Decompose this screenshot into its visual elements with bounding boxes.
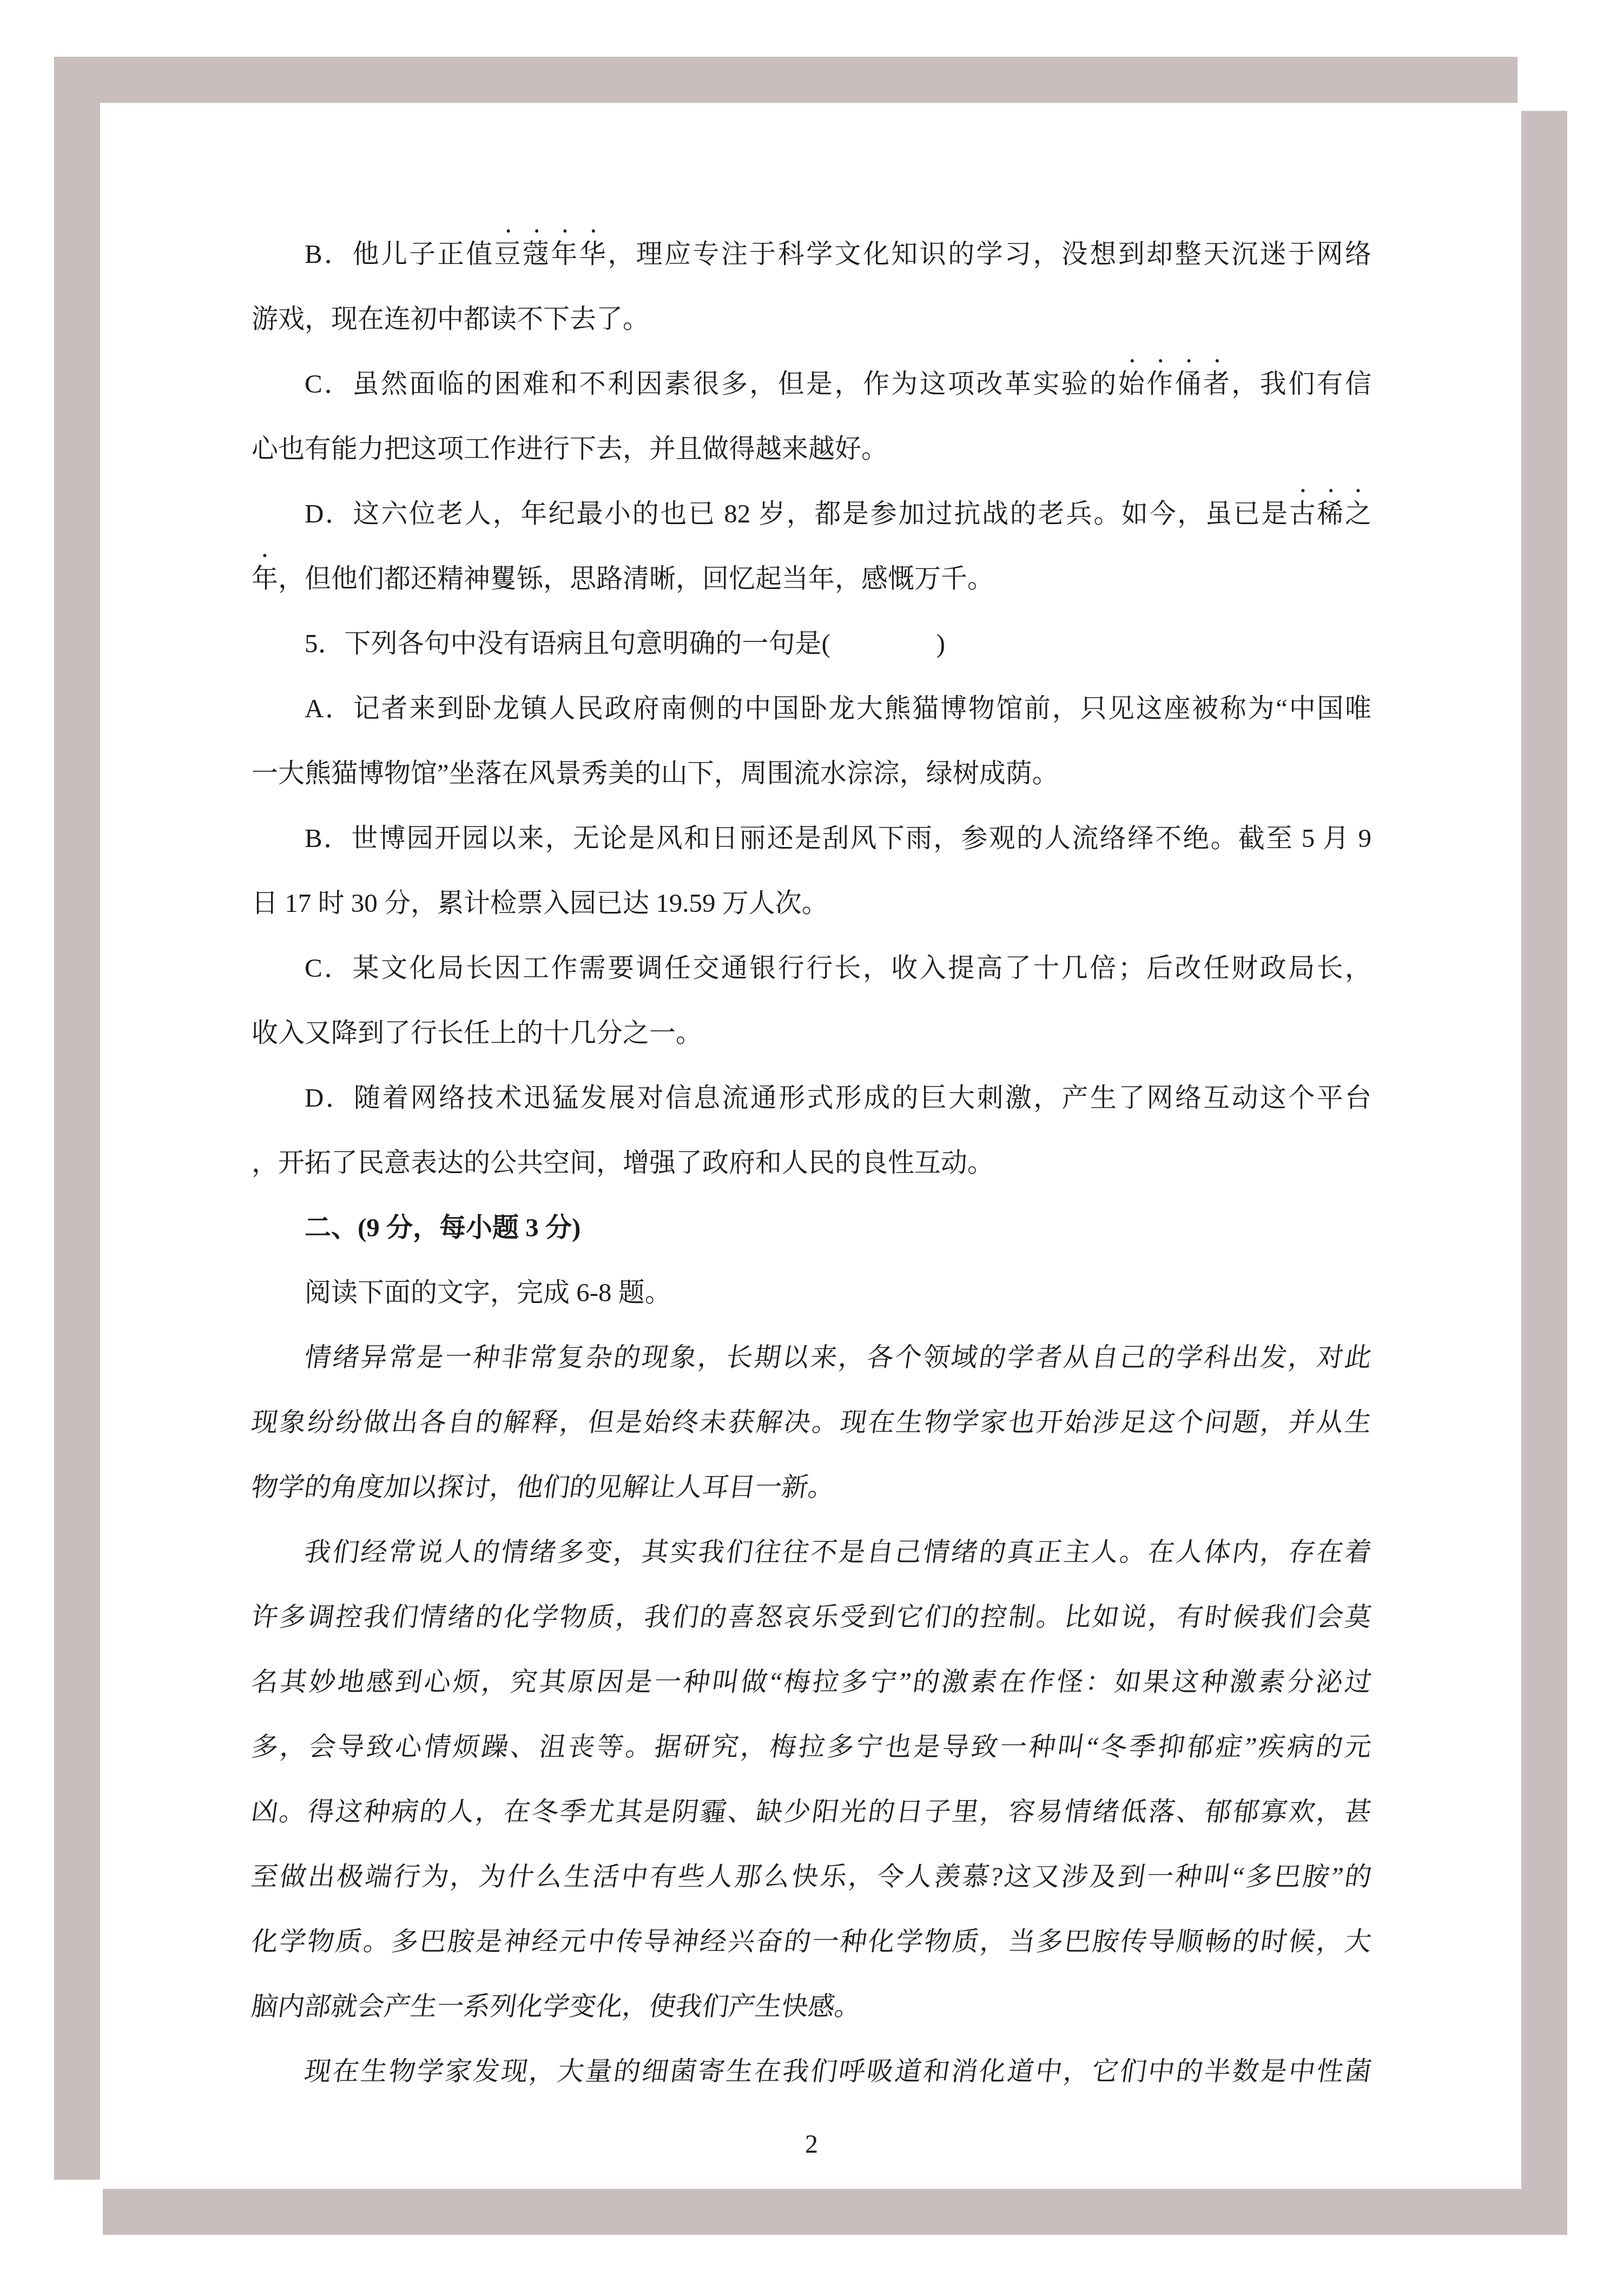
text-segment: 化学物质。多巴胺是神经元中传导神经兴奋的一种化学物质，当多巴胺传导顺畅的时候，大 — [249, 1927, 1374, 1956]
text-line-passage-p2-line6: 至做出极端行为，为什么生活中有些人那么快乐，令人羡慕?这又涉及到一种叫“多巴胺”… — [247, 1844, 1376, 1909]
text-segment: ，我们有信 — [1231, 369, 1371, 399]
text-line-question4-option-D-line1: D．这六位老人，年纪最小的也已 82 岁，都是参加过抗战的老兵。如今，虽已是古稀… — [252, 481, 1371, 546]
text-segment: C．虽然面临的困难和不利因素很多，但是，作为这项改革实验的 — [305, 369, 1118, 399]
text-segment: B．他儿子正值 — [305, 239, 494, 269]
text-line-passage-p2-line1: 我们经常说人的情绪多变，其实我们往往不是自己情绪的真正主人。在人体内，存在着 — [247, 1520, 1376, 1585]
text-line-passage-p2-line7: 化学物质。多巴胺是神经元中传导神经兴奋的一种化学物质，当多巴胺传导顺畅的时候，大 — [247, 1909, 1376, 1974]
text-segment: B．世博园开园以来，无论是风和日丽还是刮风下雨，参观的人流络绎不绝。截至 5 月… — [305, 823, 1371, 853]
text-line-passage-p2-line4: 多，会导致心情烦躁、沮丧等。据研究，梅拉多宁也是导致一种叫“冬季抑郁症”疾病的元 — [247, 1715, 1376, 1779]
text-segment: 至做出极端行为，为什么生活中有些人那么快乐，令人羡慕?这又涉及到一种叫“多巴胺”… — [249, 1862, 1374, 1891]
text-segment: A．记者来到卧龙镇人民政府南侧的中国卧龙大熊猫博物馆前，只见这座被称为“中国唯 — [305, 693, 1371, 723]
text-segment: D．随着网络技术迅猛发展对信息流通形式形成的巨大刺激，产生了网络互动这个平台 — [305, 1083, 1371, 1113]
document-text-block: B．他儿子正值豆蔻年华，理应专注于科学文化知识的学习，没想到却整天沉迷于网络游戏… — [252, 222, 1371, 2104]
text-line-question4-option-C-line1: C．虽然面临的困难和不利因素很多，但是，作为这项改革实验的始作俑者，我们有信 — [252, 352, 1371, 416]
text-segment: 阅读下面的文字，完成 6-8 题。 — [305, 1278, 671, 1307]
text-line-passage-p1-line2: 现象纷纷做出各自的解释，但是始终未获解决。现在生物学家也开始涉足这个问题，并从生 — [247, 1390, 1376, 1455]
text-line-question4-option-D-line2: 年，但他们都还精神矍铄，思路清晰，回忆起当年，感慨万千。 — [252, 546, 1371, 611]
text-segment: 二、(9 分，每小题 3 分) — [305, 1213, 580, 1242]
text-line-question5-option-B-line2: 日 17 时 30 分，累计检票入园已达 19.59 万人次。 — [252, 871, 1371, 936]
text-segment: 我们经常说人的情绪多变，其实我们往往不是自己情绪的真正主人。在人体内，存在着 — [302, 1537, 1374, 1567]
text-line-question5-option-D-line1: D．随着网络技术迅猛发展对信息流通形式形成的巨大刺激，产生了网络互动这个平台 — [252, 1066, 1371, 1130]
text-segment: 多，会导致心情烦躁、沮丧等。据研究，梅拉多宁也是导致一种叫“冬季抑郁症”疾病的元 — [249, 1732, 1374, 1762]
text-segment: 情绪异常是一种非常复杂的现象，长期以来，各个领域的学者从自己的学科出发，对此 — [302, 1342, 1374, 1372]
text-line-question5-stem: 5．下列各句中没有语病且句意明确的一句是( ) — [252, 611, 1371, 676]
text-segment: 脑内部就会产生一系列化学变化，使我们产生快感。 — [249, 1991, 863, 2021]
text-segment: 游戏，现在连初中都读不下去了。 — [252, 304, 649, 334]
text-line-passage-p1-line1: 情绪异常是一种非常复杂的现象，长期以来，各个领域的学者从自己的学科出发，对此 — [247, 1325, 1376, 1390]
emphasized-text: 始作俑者 — [1118, 369, 1232, 399]
text-segment: 日 17 时 30 分，累计检票入园已达 19.59 万人次。 — [252, 888, 828, 918]
text-segment: 凶。得这种病的人，在冬季尤其是阴霾、缺少阳光的日子里，容易情绪低落、郁郁寡欢，甚 — [249, 1797, 1374, 1827]
text-line-question4-option-B-line2: 游戏，现在连初中都读不下去了。 — [252, 287, 1371, 352]
emphasized-text: 豆蔻年华 — [494, 239, 608, 269]
text-segment: 收入又降到了行长任上的十几分之一。 — [252, 1018, 702, 1048]
text-line-question5-option-A-line1: A．记者来到卧龙镇人民政府南侧的中国卧龙大熊猫博物馆前，只见这座被称为“中国唯 — [252, 676, 1371, 741]
text-segment: ，但他们都还精神矍铄，思路清晰，回忆起当年，感慨万千。 — [278, 564, 994, 593]
exam-page: { "page": { "number": "2" }, "colors": {… — [0, 0, 1623, 2296]
text-segment: C．某文化局长因工作需要调任交通银行行长，收入提高了十几倍；后改任财政局长， — [305, 953, 1371, 983]
text-segment: 一大熊猫博物馆”坐落在风景秀美的山下，周围流水淙淙，绿树成荫。 — [252, 758, 1059, 788]
text-line-question4-option-B-line1: B．他儿子正值豆蔻年华，理应专注于科学文化知识的学习，没想到却整天沉迷于网络 — [252, 222, 1371, 287]
emphasized-text: 古稀之 — [1289, 499, 1371, 528]
text-line-section-2-header: 二、(9 分，每小题 3 分) — [252, 1195, 1371, 1260]
text-line-question5-option-B-line1: B．世博园开园以来，无论是风和日丽还是刮风下雨，参观的人流络绎不绝。截至 5 月… — [252, 806, 1371, 871]
text-segment: 物学的角度加以探讨，他们的见解让人耳目一新。 — [249, 1472, 837, 1502]
text-line-question5-option-C-line2: 收入又降到了行长任上的十几分之一。 — [252, 1001, 1371, 1066]
text-segment: 许多调控我们情绪的化学物质，我们的喜怒哀乐受到它们的控制。比如说，有时候我们会莫 — [249, 1602, 1374, 1632]
text-line-reading-instruction: 阅读下面的文字，完成 6-8 题。 — [252, 1260, 1371, 1325]
page-number: 2 — [0, 2112, 1623, 2177]
text-line-question5-option-D-line2: ，开拓了民意表达的公共空间，增强了政府和人民的良性互动。 — [252, 1130, 1371, 1195]
text-segment: 现在生物学家发现，大量的细菌寄生在我们呼吸道和消化道中，它们中的半数是中性菌 — [302, 2056, 1374, 2086]
text-segment: 心也有能力把这项工作进行下去，并且做得越来越好。 — [252, 434, 888, 464]
text-line-passage-p2-line8: 脑内部就会产生一系列化学变化，使我们产生快感。 — [247, 1974, 1376, 2039]
text-segment: 5．下列各句中没有语病且句意明确的一句是( ) — [305, 628, 945, 658]
text-segment: ，理应专注于科学文化知识的学习，没想到却整天沉迷于网络 — [608, 239, 1371, 269]
text-segment: D．这六位老人，年纪最小的也已 82 岁，都是参加过抗战的老兵。如今，虽已是 — [305, 499, 1289, 528]
text-line-passage-p1-line3: 物学的角度加以探讨，他们的见解让人耳目一新。 — [247, 1455, 1376, 1520]
text-line-question4-option-C-line2: 心也有能力把这项工作进行下去，并且做得越来越好。 — [252, 416, 1371, 481]
text-segment: 名其妙地感到心烦，究其原因是一种叫做“梅拉多宁”的激素在作怪：如果这种激素分泌过 — [249, 1667, 1374, 1697]
text-segment: ，开拓了民意表达的公共空间，增强了政府和人民的良性互动。 — [252, 1148, 994, 1177]
text-line-passage-p2-line5: 凶。得这种病的人，在冬季尤其是阴霾、缺少阳光的日子里，容易情绪低落、郁郁寡欢，甚 — [247, 1779, 1376, 1844]
emphasized-text: 年 — [252, 564, 278, 593]
text-line-passage-p2-line2: 许多调控我们情绪的化学物质，我们的喜怒哀乐受到它们的控制。比如说，有时候我们会莫 — [247, 1585, 1376, 1650]
text-line-passage-p3-line1: 现在生物学家发现，大量的细菌寄生在我们呼吸道和消化道中，它们中的半数是中性菌 — [247, 2039, 1376, 2104]
text-line-question5-option-C-line1: C．某文化局长因工作需要调任交通银行行长，收入提高了十几倍；后改任财政局长， — [252, 936, 1371, 1001]
text-segment: 现象纷纷做出各自的解释，但是始终未获解决。现在生物学家也开始涉足这个问题，并从生 — [249, 1407, 1374, 1437]
text-line-passage-p2-line3: 名其妙地感到心烦，究其原因是一种叫做“梅拉多宁”的激素在作怪：如果这种激素分泌过 — [247, 1650, 1376, 1715]
text-line-question5-option-A-line2: 一大熊猫博物馆”坐落在风景秀美的山下，周围流水淙淙，绿树成荫。 — [252, 741, 1371, 806]
